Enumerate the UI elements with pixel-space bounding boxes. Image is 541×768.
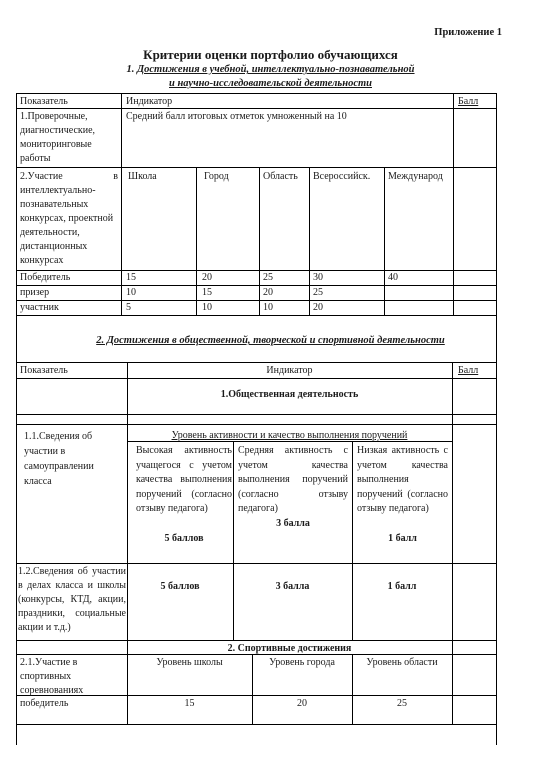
result-cell: 5	[126, 301, 131, 315]
section1-heading-line2: и научно-исследовательской деятельности	[0, 78, 541, 89]
level-school: Школа	[128, 170, 157, 184]
result-row-label: участник	[20, 301, 59, 315]
row1-value: Средний балл итоговых отметок умноженный…	[126, 110, 446, 124]
social-title: 1.Общественная деятельность	[127, 388, 452, 402]
row12-label: 1.2.Сведения об участии в делах класса и…	[18, 565, 126, 635]
result-cell: 10	[263, 301, 273, 315]
appendix-label: Приложение 1	[434, 27, 502, 38]
sports-winner-region: 25	[352, 697, 452, 711]
s2-header-indicator-col: Показатель	[20, 364, 68, 378]
row12-score-high: 5 баллов	[127, 580, 233, 594]
result-row-label: Победитель	[20, 271, 70, 285]
row11-low: Низкая активность с учетом качества выпо…	[357, 444, 448, 517]
row12-score-mid: 3 балла	[233, 580, 352, 594]
row1-label: 1.Проверочные, диагностические, монитори…	[20, 110, 118, 166]
s2-header-indicator: Индикатор	[127, 364, 452, 378]
level-international: Международ	[388, 170, 443, 184]
s2-header-score: Балл	[458, 364, 478, 378]
sports-winner-school: 15	[127, 697, 252, 711]
result-cell: 20	[202, 271, 212, 285]
row11-low-score: 1 балл	[357, 532, 448, 546]
level-city: Город	[204, 170, 229, 184]
result-cell: 40	[388, 271, 398, 285]
result-cell: 10	[202, 301, 212, 315]
result-cell: 10	[126, 286, 136, 300]
row11-mid: Средняя активность с учетом качества вып…	[238, 444, 348, 517]
header-indicator-col: Показатель	[20, 95, 68, 109]
section1-heading-line1: 1. Достижения в учебной, интеллектуально…	[0, 64, 541, 75]
page-title: Критерии оценки портфолио обучающихся	[0, 47, 541, 63]
result-cell: 25	[313, 286, 323, 300]
header-indicator: Индикатор	[126, 95, 172, 109]
row11-high-score: 5 баллов	[136, 532, 232, 546]
row11-high: Высокая активность учащегося с учетом ка…	[136, 444, 232, 517]
result-cell: 30	[313, 271, 323, 285]
result-cell: 15	[126, 271, 136, 285]
result-cell: 20	[263, 286, 273, 300]
row11-group: Уровень активности и качество выполнения…	[127, 429, 452, 443]
sports-title: 2. Спортивные достижения	[127, 642, 452, 656]
sports-label: 2.1.Участие в спортивных соревнованиях	[20, 656, 120, 698]
section2-heading: 2. Достижения в общественной, творческой…	[0, 335, 541, 346]
result-cell: 20	[313, 301, 323, 315]
row2-label: 2.Участиев интеллектуально-познавательны…	[20, 170, 118, 268]
result-cell: 15	[202, 286, 212, 300]
row11-label: 1.1.Сведения об участии в самоуправлении…	[24, 429, 124, 489]
sports-level-school: Уровень школы	[127, 656, 252, 670]
sports-level-region: Уровень области	[352, 656, 452, 670]
header-score: Балл	[458, 95, 478, 109]
row11-mid-score: 3 балла	[238, 517, 348, 531]
sports-winner-label: победитель	[20, 697, 68, 711]
sports-winner-city: 20	[252, 697, 352, 711]
row12-score-low: 1 балл	[352, 580, 452, 594]
result-row-label: призер	[20, 286, 49, 300]
sports-level-city: Уровень города	[252, 656, 352, 670]
result-cell: 25	[263, 271, 273, 285]
level-region: Область	[263, 170, 298, 184]
level-national: Всероссийск.	[313, 170, 370, 184]
